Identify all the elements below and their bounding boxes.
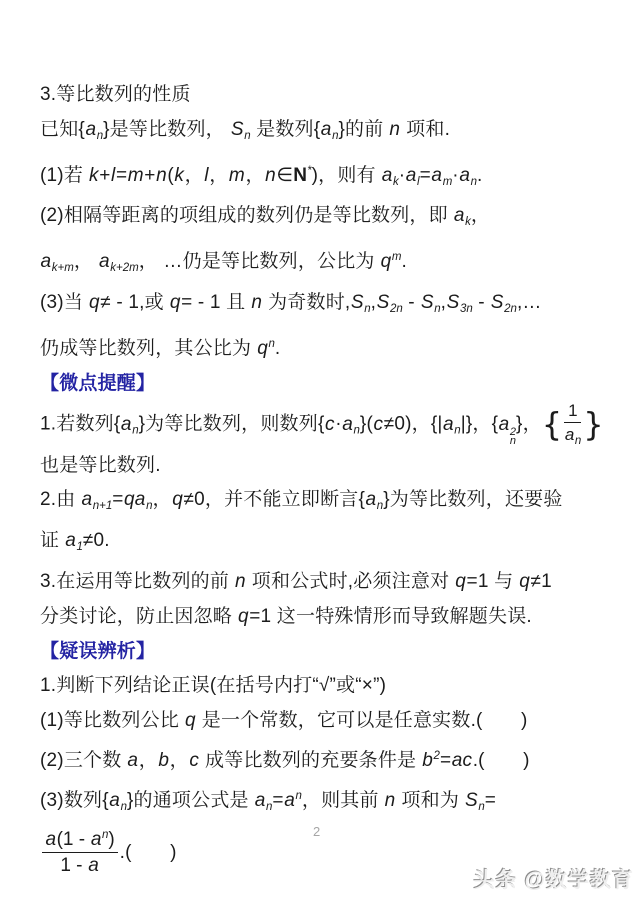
text-run: 3.等比数列的性质 [40, 84, 191, 105]
subscript: 3n [460, 303, 473, 315]
math-variable: k [174, 165, 185, 186]
section-heading-yiwu: 【疑误辨析】 [40, 635, 626, 670]
math-variable: q [455, 571, 467, 592]
curly-brace: { [542, 406, 563, 444]
text-run: 2.由 [40, 489, 81, 510]
text-line: 证 a1≠0. [40, 524, 626, 565]
text-run: ， [185, 165, 204, 186]
text-run: (2)相隔等距离的项组成的数列仍是等比数列，即 [40, 205, 453, 226]
math-variable: n [389, 119, 401, 140]
subscript: m [443, 176, 453, 188]
text-run: (2)三个数 [40, 750, 127, 771]
text-run: 1 [568, 401, 577, 420]
text-line: 1.若数列{an}为等比数列，则数列{c·an}(c≠0)，{|an|}，{a2… [40, 401, 626, 448]
text-run: 项和公式时,必须注意对 [246, 571, 454, 592]
math-variable: a [88, 855, 100, 876]
math-variable: S [420, 292, 434, 313]
text-run: = [440, 750, 451, 771]
text-run: ， [209, 165, 228, 186]
fraction: a(1 - an)1 - a [42, 829, 118, 877]
text-run: =1 这一特殊情形而导致解题失误. [249, 606, 532, 627]
text-run: . [401, 251, 406, 272]
text-line: (1)若 k+l=m+n(k，l，m，n∈N*)，则有 ak·al=am·an. [40, 154, 626, 200]
math-variable: a [320, 119, 332, 140]
text-run: ，则其前 [302, 790, 384, 811]
math-variable: c [325, 414, 336, 435]
fraction-numerator: a(1 - an) [42, 829, 118, 853]
math-variable: a [127, 750, 139, 771]
text-run: 证 [40, 530, 65, 551]
math-variable: S [376, 292, 390, 313]
text-run: ≠ - 1,或 [100, 292, 169, 313]
text-run: }为等比数列，还要验 [383, 489, 562, 510]
text-run: = - 1 且 [181, 292, 251, 313]
math-variable: q [185, 710, 197, 731]
text-run: }为等比数列，则数列{ [139, 414, 325, 435]
text-run: }( [360, 414, 373, 435]
text-run: |}，{ [461, 414, 498, 435]
math-variable: n [235, 571, 247, 592]
text-run: ) [108, 829, 114, 850]
fraction-numerator: 1 [564, 401, 581, 423]
math-variable: ac [451, 750, 472, 771]
fraction-denominator: 1 - a [42, 853, 118, 876]
text-run: ,… [517, 292, 542, 313]
document-content: 3.等比数列的性质已知{an}是等比数列， Sn 是数列{an}的前 n 项和.… [40, 78, 626, 881]
math-variable: a [40, 251, 52, 272]
fraction: 1an [564, 401, 581, 448]
text-run: = [420, 165, 431, 186]
text-line: (2)三个数 a，b，c 成等比数列的充要条件是 b2=ac.( ) [40, 739, 626, 779]
text-line: (2)相隔等距离的项组成的数列仍是等比数列，即 ak， [40, 199, 626, 240]
section-title-properties: 3.等比数列的性质 [40, 78, 626, 113]
text-run: 1.若数列{ [40, 414, 120, 435]
text-run: 1.判断下列结论正误(在括号内打“√”或“×”) [40, 675, 386, 696]
math-variable: a [99, 251, 111, 272]
text-run: (1)等比数列公比 [40, 710, 185, 731]
text-line: 已知{an}是等比数列， Sn 是数列{an}的前 n 项和. [40, 113, 626, 154]
text-run: 是一个常数，它可以是任意实数.( ) [196, 710, 527, 731]
text-line: 1.判断下列结论正误(在括号内打“√”或“×”) [40, 669, 626, 704]
text-run: 已知{ [40, 119, 85, 140]
math-variable: q [237, 606, 249, 627]
text-run: ≠1 [531, 571, 552, 592]
text-run: 仍成等比数列，其公比为 [40, 338, 257, 359]
math-variable: a [453, 205, 465, 226]
document-page: 3.等比数列的性质已知{an}是等比数列， Sn 是数列{an}的前 n 项和.… [0, 0, 640, 904]
set-symbol: N [293, 165, 307, 186]
math-variable: a [45, 829, 57, 850]
text-run: ( [167, 165, 174, 186]
math-variable: a [498, 414, 510, 435]
subscript: n+1 [93, 500, 113, 512]
text-run: ≠0)，{| [384, 414, 443, 435]
math-variable: a [431, 165, 443, 186]
text-run: }的前 [338, 119, 388, 140]
math-variable: q [380, 251, 392, 272]
text-line: ak+m， ak+2m， …仍是等比数列，公比为 qm. [40, 240, 626, 286]
text-run: (1)若 [40, 165, 89, 186]
math-variable: a [109, 790, 121, 811]
text-run: 分类讨论，防止因忽略 [40, 606, 237, 627]
math-variable: k [89, 165, 100, 186]
text-run: 项和为 [396, 790, 465, 811]
text-run: .( ) [120, 842, 177, 863]
math-variable: c [189, 750, 200, 771]
text-run: }， [516, 414, 542, 435]
math-variable: a [81, 489, 93, 510]
text-run: ， [245, 165, 264, 186]
text-line: 2.由 an+1=qan，q≠0，并不能立即断言{an}为等比数列，还要验 [40, 483, 626, 524]
text-run: (3)数列{ [40, 790, 109, 811]
page-number: 2 [313, 824, 320, 839]
text-run: 【微点提醒】 [40, 373, 155, 394]
math-variable: a [65, 530, 77, 551]
subscript: k+m [52, 262, 74, 274]
stack-subscript: n [510, 437, 516, 446]
math-variable: S [230, 119, 244, 140]
text-run: = [485, 790, 496, 811]
text-run: (3)当 [40, 292, 89, 313]
text-run: = [272, 790, 283, 811]
text-run: =1 与 [467, 571, 519, 592]
text-run: ， [471, 205, 490, 226]
math-variable: a [381, 165, 393, 186]
text-run: 为奇数时, [263, 292, 351, 313]
math-variable: S [350, 292, 364, 313]
text-line: 分类讨论，防止因忽略 q=1 这一特殊情形而导致解题失误. [40, 600, 626, 635]
math-variable: a [85, 119, 97, 140]
text-run: - [403, 292, 421, 313]
text-line: (1)等比数列公比 q 是一个常数，它可以是任意实数.( ) [40, 704, 626, 739]
subscript: n [575, 435, 581, 447]
text-run: ， [139, 750, 158, 771]
text-run: 3.在运用等比数列的前 [40, 571, 235, 592]
math-variable: m [127, 165, 144, 186]
text-run: + [144, 165, 155, 186]
text-line: (3)当 q≠ - 1,或 q= - 1 且 n 为奇数时,Sn,S2n - S… [40, 286, 626, 327]
math-variable: b [422, 750, 434, 771]
subscript: k+2m [110, 262, 138, 274]
text-run: + [99, 165, 110, 186]
text-run: 成等比数列的充要条件是 [200, 750, 422, 771]
text-run: = [116, 165, 127, 186]
text-run: 是数列{ [251, 119, 321, 140]
math-variable: a [405, 165, 417, 186]
section-heading-weidian: 【微点提醒】 [40, 367, 626, 402]
text-line: 仍成等比数列，其公比为 qn. [40, 327, 626, 367]
text-run: ， [152, 489, 171, 510]
text-run: }的通项公式是 [127, 790, 254, 811]
text-run: )，则有 [312, 165, 382, 186]
curly-brace: } [583, 406, 604, 444]
math-variable: n [384, 790, 396, 811]
math-variable: a [254, 790, 266, 811]
fraction-denominator: an [564, 423, 581, 448]
subscript: 2n [504, 303, 517, 315]
math-variable: a [342, 414, 354, 435]
math-variable: S [490, 292, 504, 313]
text-run: ， …仍是等比数列，公比为 [139, 251, 380, 272]
math-variable: c [373, 414, 384, 435]
text-line: 也是等比数列. [40, 449, 626, 484]
math-variable: m [228, 165, 245, 186]
text-line: 3.在运用等比数列的前 n 项和公式时,必须注意对 q=1 与 q≠1 [40, 565, 626, 600]
text-run: - [473, 292, 491, 313]
math-variable: q [89, 292, 101, 313]
text-line: (3)数列{an}的通项公式是 an=an，则其前 n 项和为 Sn= [40, 779, 626, 825]
math-variable: a [284, 790, 296, 811]
text-run: 【疑误辨析】 [40, 641, 155, 662]
text-run: ， [170, 750, 189, 771]
math-variable: n [156, 165, 168, 186]
text-run: 项和. [401, 119, 450, 140]
text-run: ， [74, 251, 99, 272]
math-variable: a [459, 165, 471, 186]
math-variable: a [443, 414, 455, 435]
math-variable: a [365, 489, 377, 510]
math-variable: q [519, 571, 531, 592]
math-variable: S [446, 292, 460, 313]
math-variable: b [158, 750, 170, 771]
math-variable: q [257, 338, 269, 359]
text-run: · [335, 414, 342, 435]
subscript: 2n [390, 303, 403, 315]
math-variable: q [169, 292, 181, 313]
watermark-toutiao: 头条 @数学教育 [474, 864, 634, 894]
math-variable: n [265, 165, 277, 186]
text-run: ≠0. [83, 530, 110, 551]
math-variable: S [465, 790, 479, 811]
text-run: = [112, 489, 123, 510]
text-run: ≠0，并不能立即断言{ [183, 489, 365, 510]
math-variable: a [120, 414, 132, 435]
text-run: 也是等比数列. [40, 455, 161, 476]
text-run: . [275, 338, 280, 359]
text-run: 1 - [60, 855, 87, 876]
text-run: . [477, 165, 482, 186]
text-run: }是等比数列， [103, 119, 230, 140]
math-variable: qa [124, 489, 147, 510]
math-variable: n [251, 292, 263, 313]
math-variable: q [172, 489, 184, 510]
math-variable: a [90, 829, 102, 850]
math-variable: a [564, 425, 574, 444]
text-run: .( ) [473, 750, 530, 771]
text-run: · [452, 165, 459, 186]
text-run: ∈ [276, 165, 293, 186]
text-run: (1 - [57, 829, 91, 850]
